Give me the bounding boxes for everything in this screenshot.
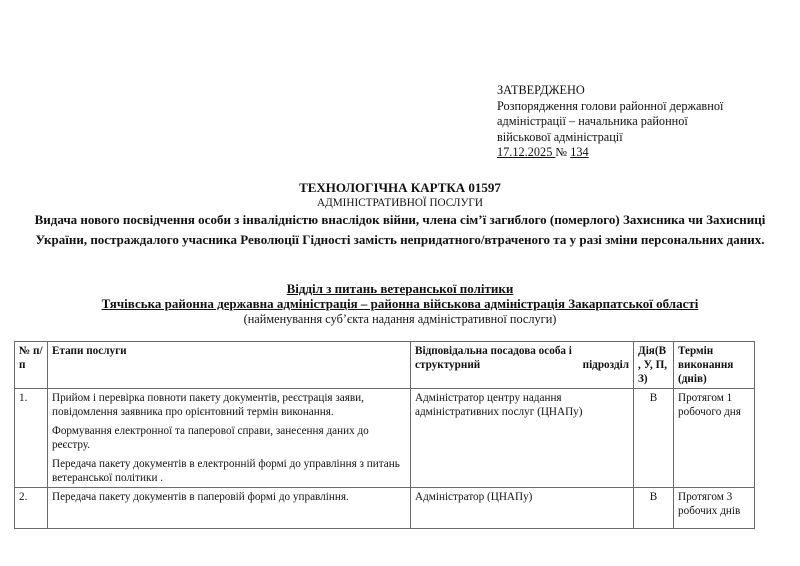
row-stage: Прийом і перевірка повноти пакету докуме… [48, 389, 411, 488]
row-term: Протягом 3 робочих днів [674, 488, 755, 529]
approval-heading: ЗАТВЕРДЖЕНО [497, 83, 787, 99]
approval-line: Розпорядження голови районної державної [497, 99, 787, 115]
row-responsible: Адміністратор центру надання адміністрат… [411, 389, 634, 488]
approval-line: військової адміністрації [497, 130, 787, 146]
organization-caption: (найменування суб’єкта надання адміністр… [0, 312, 800, 327]
header-term: Термін виконання (днів) [674, 342, 755, 389]
header-action: Дія(В , У, П, З) [634, 342, 674, 389]
stage-paragraph: Формування електронної та паперової спра… [52, 424, 406, 452]
approval-block: ЗАТВЕРДЖЕНО Розпорядження голови районно… [497, 83, 787, 161]
row-stage: Передача пакету документів в паперовій ф… [48, 488, 411, 529]
stage-paragraph: Передача пакету документів в паперовій ф… [52, 490, 406, 504]
row-num: 2. [15, 488, 48, 529]
table-row: 1. Прийом і перевірка повноти пакету док… [15, 389, 755, 488]
header-responsible: Відповідальна посадова особа і структурн… [411, 342, 634, 389]
stage-paragraph: Передача пакету документів в електронній… [52, 457, 406, 485]
service-steps-table: № п/п Етапи послуги Відповідальна посадо… [14, 341, 755, 529]
organization-name: Тячівська районна державна адміністрація… [0, 296, 800, 311]
row-action: В [634, 389, 674, 488]
approval-number: 134 [570, 145, 588, 159]
header-stage: Етапи послуги [48, 342, 411, 389]
approval-line: адміністрації – начальника районної [497, 114, 787, 130]
service-name: Видача нового посвідчення особи з інвалі… [20, 210, 780, 249]
card-subtitle: АДМІНІСТРАТИВНОЇ ПОСЛУГИ [0, 196, 800, 210]
card-title: ТЕХНОЛОГІЧНА КАРТКА 01597 [0, 180, 800, 196]
row-term: Протягом 1 робочого дня [674, 389, 755, 488]
approval-number-sign: № [555, 145, 567, 159]
row-responsible: Адміністратор (ЦНАПу) [411, 488, 634, 529]
row-num: 1. [15, 389, 48, 488]
table-row: 2. Передача пакету документів в паперові… [15, 488, 755, 529]
approval-date: 17.12.2025 [497, 145, 555, 159]
row-action: В [634, 488, 674, 529]
header-num: № п/п [15, 342, 48, 389]
approval-date-number: 17.12.2025 № 134 [497, 145, 787, 161]
table-header-row: № п/п Етапи послуги Відповідальна посадо… [15, 342, 755, 389]
stage-paragraph: Прийом і перевірка повноти пакету докуме… [52, 391, 406, 419]
department-name: Відділ з питань ветеранської політики [0, 281, 800, 296]
